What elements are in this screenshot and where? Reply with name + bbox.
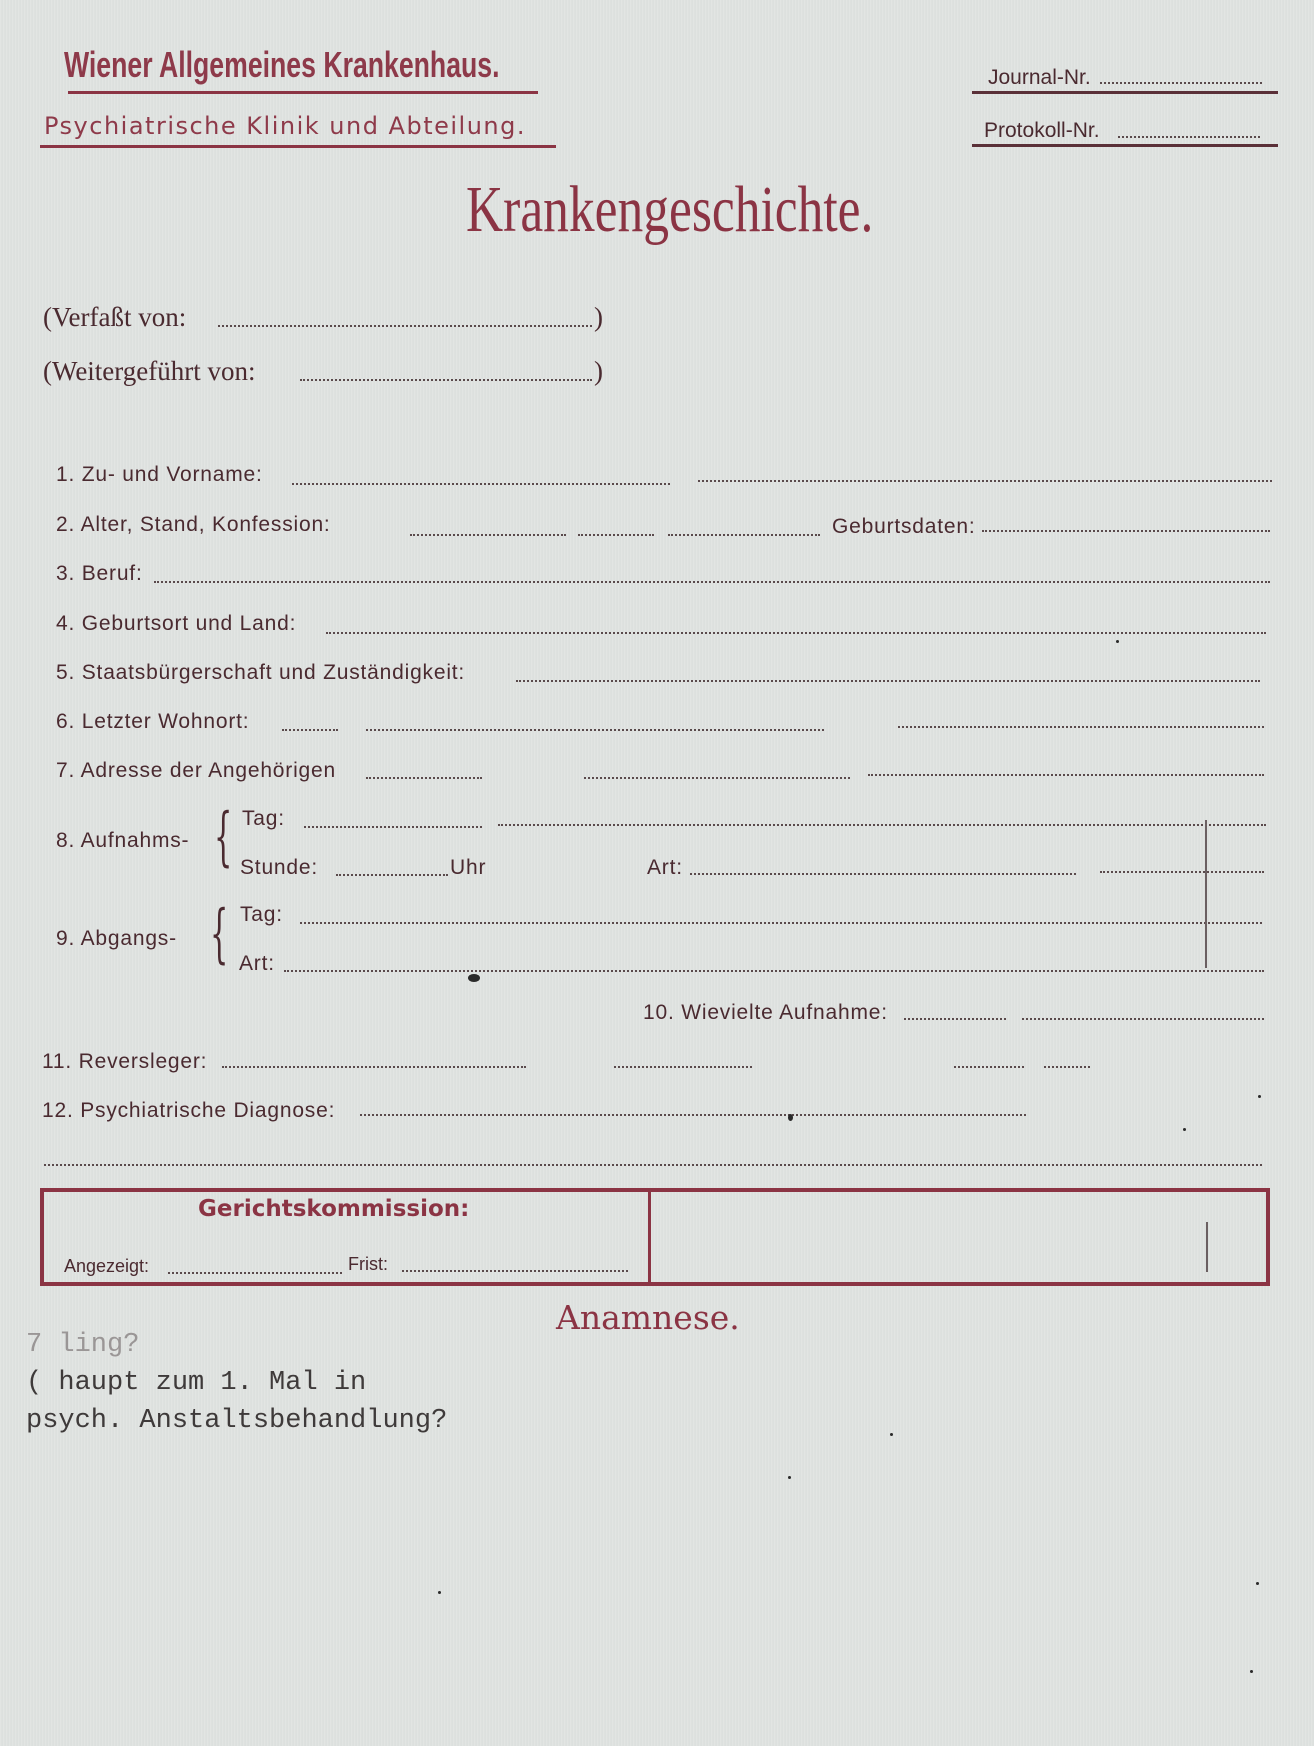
ink-blot: [468, 974, 480, 982]
field-2-label: 2. Alter, Stand, Konfession:: [56, 513, 331, 537]
field-7-input-b[interactable]: [584, 777, 850, 779]
gerichtskommission-box: Gerichtskommission: Angezeigt: Frist:: [40, 1188, 1270, 1286]
institution-underline: [68, 91, 538, 94]
typed-line-3: psych. Anstaltsbehandlung?: [26, 1406, 447, 1436]
brace-9: {: [210, 897, 228, 971]
frist-input[interactable]: [402, 1270, 628, 1272]
journal-underline: [972, 91, 1278, 94]
field-2-input-a[interactable]: [410, 534, 566, 536]
verfasst-close-paren: ): [594, 302, 603, 333]
angezeigt-label: Angezeigt:: [64, 1256, 149, 1277]
anamnese-heading: Anamnese.: [556, 1298, 740, 1337]
field-12-label: 12. Psychiatrische Diagnose:: [42, 1099, 335, 1123]
field-6-input-b[interactable]: [366, 729, 824, 731]
field-7-label: 7. Adresse der Angehörigen: [56, 759, 336, 783]
field-8-tag-input-a[interactable]: [304, 826, 482, 828]
field-11-input-b[interactable]: [614, 1066, 752, 1068]
field-12-input-a[interactable]: [360, 1114, 1026, 1116]
field-7-input-a[interactable]: [366, 777, 482, 779]
typed-line-1: 7 ling?: [26, 1330, 139, 1360]
gerichtskommission-title: Gerichtskommission:: [198, 1196, 469, 1222]
field-12-input-b[interactable]: [44, 1164, 1262, 1166]
ink-speck: [1183, 1128, 1186, 1131]
field-1-input-a[interactable]: [292, 483, 670, 485]
journal-nr-field[interactable]: [1100, 82, 1262, 84]
weitergefuehrt-label: (Weitergeführt von:: [43, 356, 256, 387]
field-9-tag-label: Tag:: [240, 903, 283, 927]
field-9-tag-input[interactable]: [300, 922, 1262, 924]
field-4-input[interactable]: [326, 632, 1266, 634]
field-3-label: 3. Beruf:: [56, 562, 143, 586]
field-2-input-b[interactable]: [578, 534, 654, 536]
ink-speck: [788, 1476, 791, 1479]
journal-nr-label: Journal-Nr.: [988, 66, 1091, 90]
field-8-stunde-label: Stunde:: [240, 856, 318, 880]
brace-8: {: [214, 800, 232, 874]
page-title: Krankengeschichte.: [466, 172, 873, 248]
ink-speck: [1116, 640, 1119, 643]
medical-record-form: Wiener Allgemeines Krankenhaus. Psychiat…: [0, 0, 1314, 1746]
field-11-input-d[interactable]: [1044, 1066, 1090, 1068]
field-8-uhr-label: Uhr: [450, 856, 486, 880]
margin-rule: [1205, 820, 1207, 968]
field-8-tag-input-b[interactable]: [498, 824, 1266, 826]
field-5-label: 5. Staatsbürgerschaft und Zuständigkeit:: [56, 661, 465, 685]
field-8-label: 8. Aufnahms-: [56, 829, 189, 853]
field-10-input-a[interactable]: [904, 1018, 1006, 1020]
ink-speck: [788, 1114, 793, 1121]
field-8-tag-label: Tag:: [242, 807, 285, 831]
field-6-label: 6. Letzter Wohnort:: [56, 710, 249, 734]
box-faint-rule: [1206, 1222, 1208, 1272]
field-7-input-c[interactable]: [868, 774, 1264, 776]
verfasst-field[interactable]: [218, 325, 592, 327]
institution-name: Wiener Allgemeines Krankenhaus.: [64, 44, 500, 86]
frist-label: Frist:: [348, 1254, 388, 1275]
field-4-label: 4. Geburtsort und Land:: [56, 612, 296, 636]
field-5-input[interactable]: [516, 680, 1260, 682]
field-10-input-b[interactable]: [1022, 1018, 1264, 1020]
ink-speck: [890, 1433, 893, 1436]
weitergefuehrt-field[interactable]: [300, 379, 592, 381]
field-8-art-input-a[interactable]: [690, 873, 1076, 875]
ink-speck: [1256, 1582, 1259, 1585]
field-10-label: 10. Wievielte Aufnahme:: [643, 1001, 888, 1025]
geburtsdaten-input[interactable]: [982, 530, 1270, 532]
ink-speck: [1258, 1095, 1261, 1098]
field-8-stunde-input[interactable]: [336, 874, 448, 876]
ink-speck: [438, 1591, 441, 1594]
field-9-art-label: Art:: [239, 952, 275, 976]
field-9-art-input[interactable]: [284, 970, 1264, 972]
ink-speck: [1250, 1670, 1253, 1673]
field-11-input-c[interactable]: [954, 1066, 1024, 1068]
field-1-input-b[interactable]: [698, 480, 1272, 482]
field-6-input-a[interactable]: [282, 729, 338, 731]
field-11-label: 11. Reversleger:: [42, 1050, 207, 1074]
field-8-art-label: Art:: [647, 856, 683, 880]
protokoll-nr-label: Protokoll-Nr.: [984, 119, 1100, 143]
field-8-art-input-b[interactable]: [1100, 871, 1264, 873]
field-1-label: 1. Zu- und Vorname:: [56, 463, 263, 487]
department-name: Psychiatrische Klinik und Abteilung.: [44, 112, 526, 140]
geburtsdaten-label: Geburtsdaten:: [832, 515, 976, 539]
department-underline: [40, 145, 556, 148]
field-3-input[interactable]: [154, 581, 1270, 583]
protokoll-nr-field[interactable]: [1118, 136, 1260, 138]
angezeigt-input[interactable]: [168, 1272, 342, 1274]
box-divider: [648, 1192, 651, 1282]
protokoll-underline: [972, 144, 1278, 147]
weitergefuehrt-close-paren: ): [594, 356, 603, 387]
field-2-input-c[interactable]: [668, 534, 820, 536]
field-9-label: 9. Abgangs-: [56, 927, 177, 951]
field-6-input-c[interactable]: [898, 726, 1264, 728]
field-11-input-a[interactable]: [222, 1066, 526, 1068]
verfasst-label: (Verfaßt von:: [43, 302, 186, 333]
typed-line-2: ( haupt zum 1. Mal in: [26, 1368, 366, 1398]
